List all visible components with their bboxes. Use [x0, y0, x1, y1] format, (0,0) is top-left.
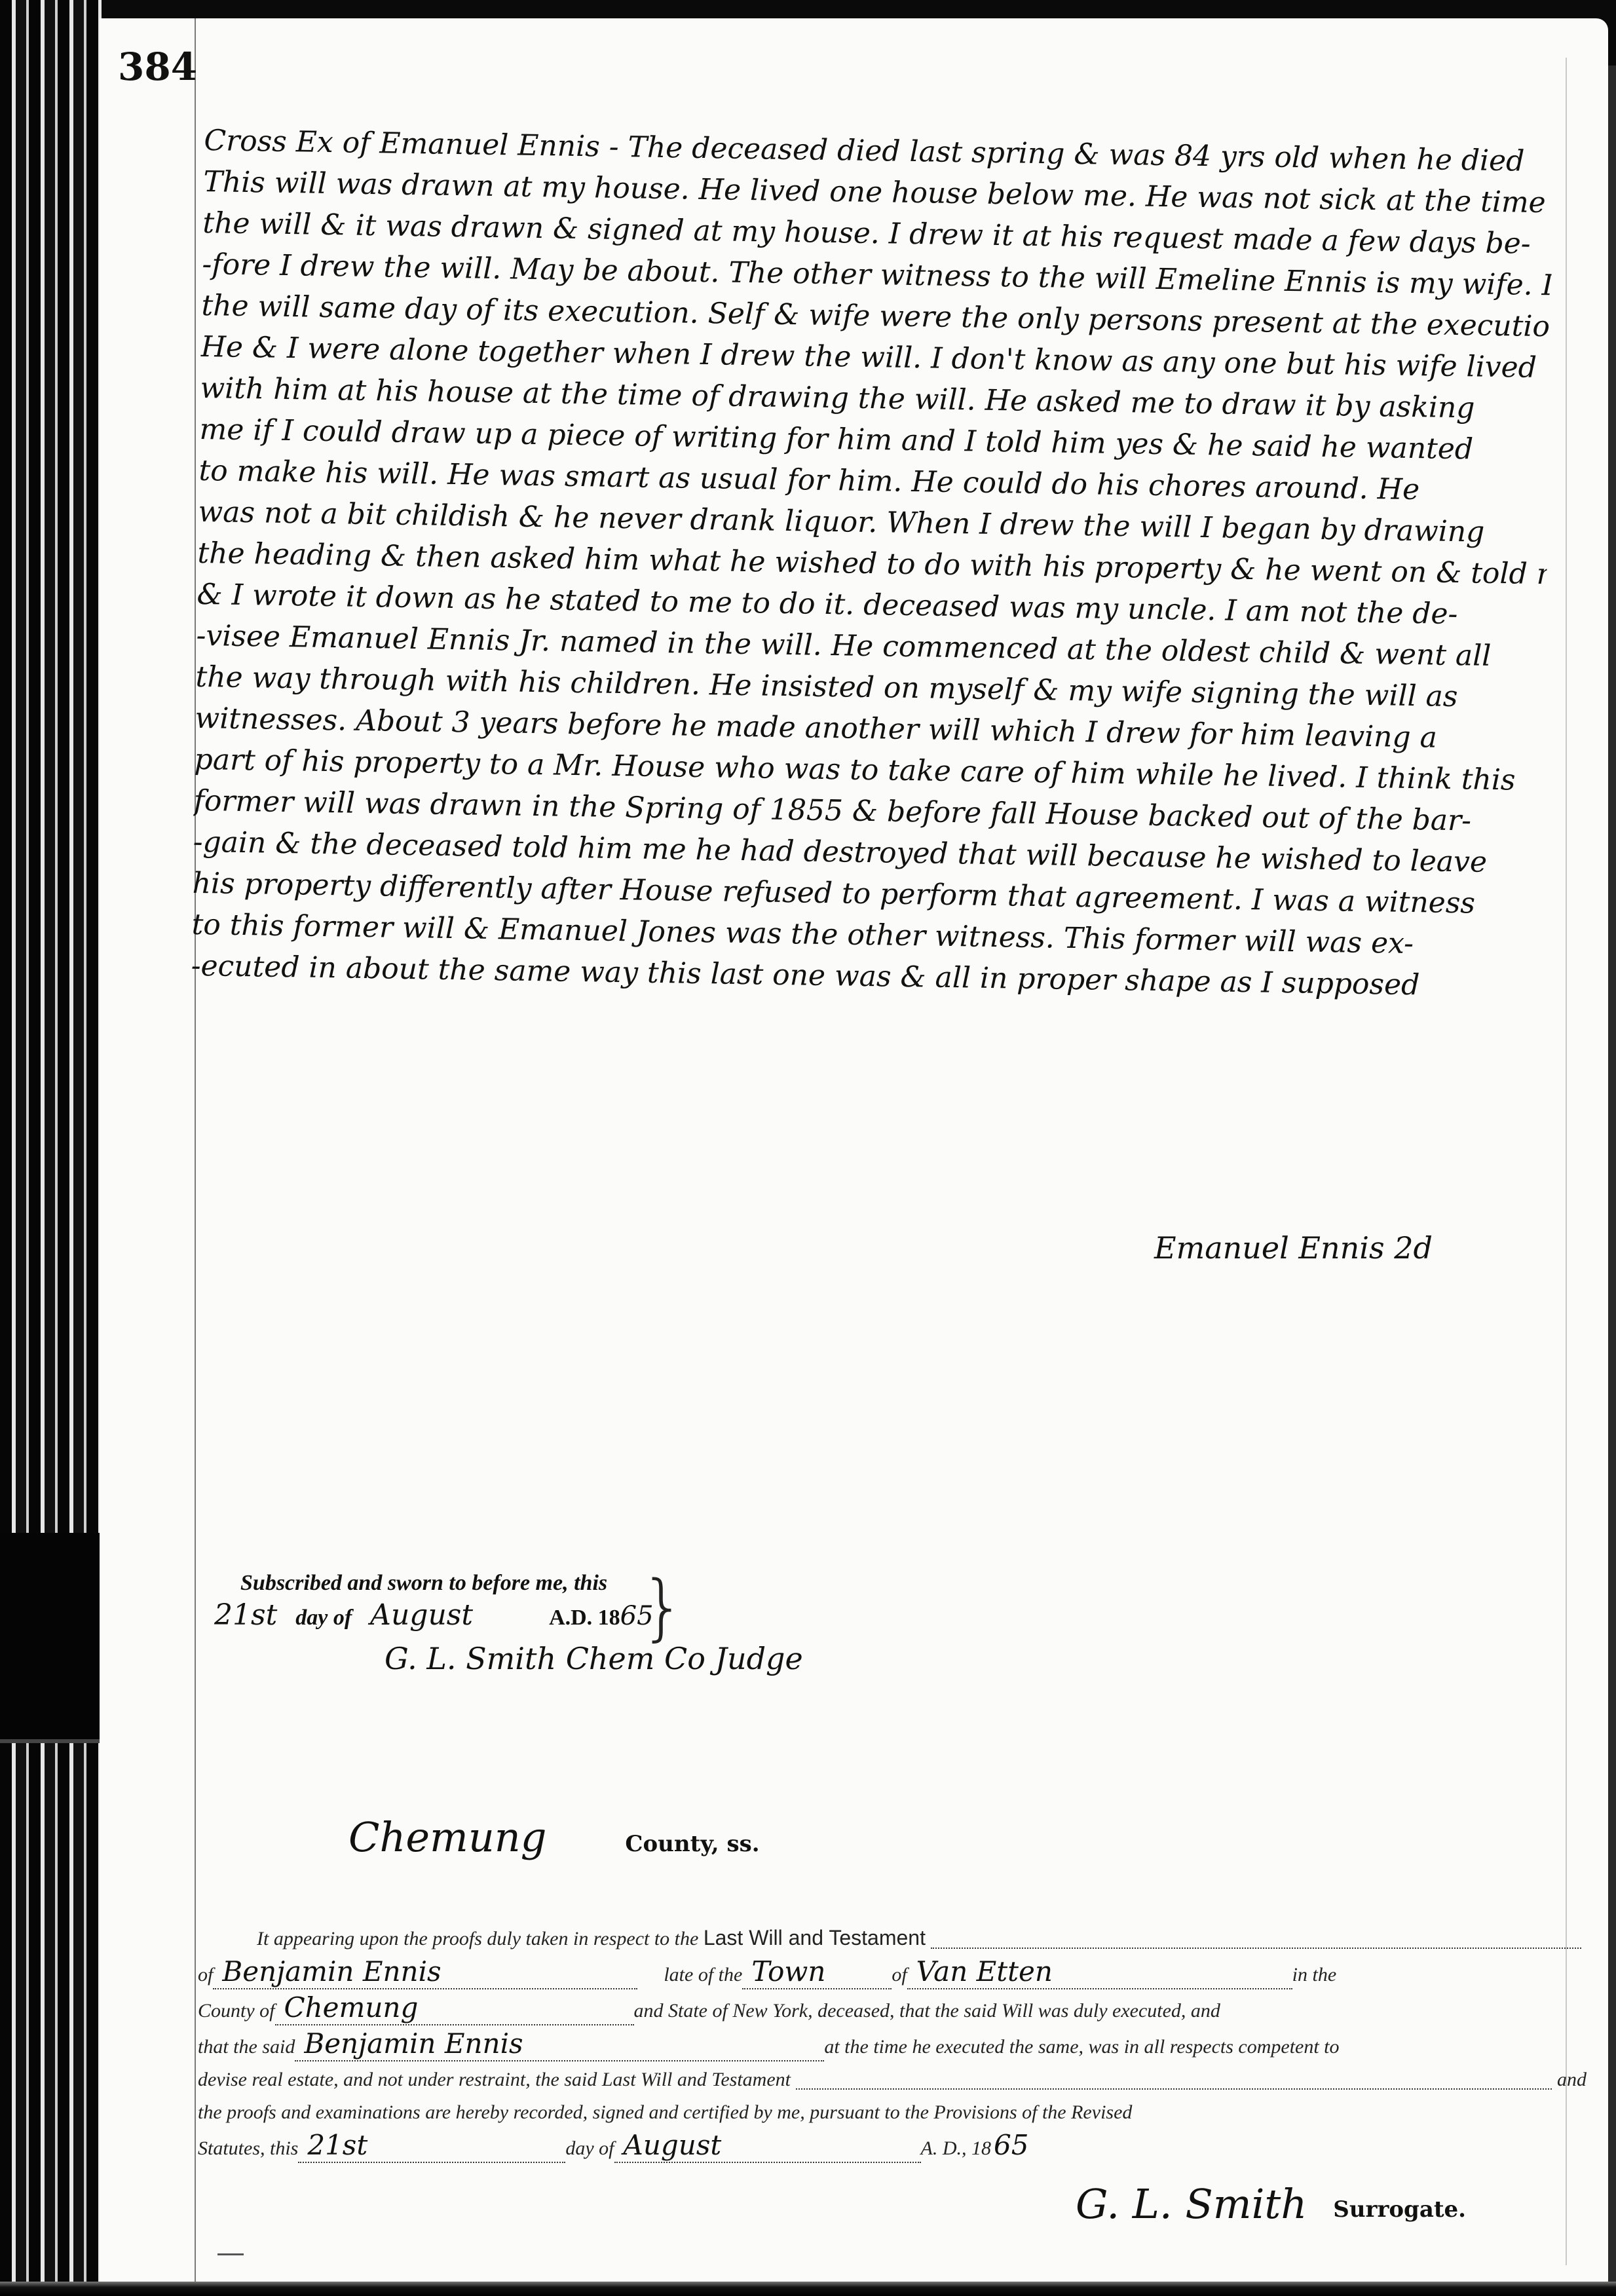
cert-line5-text: devise real estate, and not under restra…	[198, 2063, 791, 2096]
testimony-body: Cross Ex of Emanuel Ennis - The deceased…	[191, 120, 1554, 1007]
certificate-line-7: Statutes, this 21st day of August A. D.,…	[198, 2129, 1587, 2165]
margin-mark	[217, 2253, 244, 2255]
certificate-line-1: It appearing upon the proofs duly taken …	[198, 1921, 1587, 1955]
witness-signature: Emanuel Ennis 2d	[1154, 1230, 1433, 1266]
surrogate-signature: G. L. Smith	[1076, 2180, 1307, 2228]
cert-of-2: of	[892, 1959, 907, 1991]
jurat-month: August	[370, 1598, 473, 1632]
cert-that-the-said: that the said	[198, 2031, 295, 2063]
jurat-block: Subscribed and sworn to before me, this …	[214, 1571, 1000, 1676]
probate-certificate: It appearing upon the proofs duly taken …	[198, 1921, 1587, 2165]
binding-tab	[0, 1533, 111, 1743]
cert-late-of: late of the	[664, 1959, 742, 1991]
ledger-page: 384 Cross Ex of Emanuel Ennis - The dece…	[100, 18, 1608, 2282]
certificate-line-2: of Benjamin Ennis late of the Town of Va…	[198, 1955, 1587, 1991]
cert-year-suffix: 65	[991, 2129, 1031, 2162]
municipality-type: Town	[742, 1955, 892, 1989]
judge-signature: G. L. Smith Chem Co Judge	[385, 1641, 1000, 1676]
jurat-day: 21st	[214, 1598, 277, 1632]
dotted-rule	[931, 1948, 1581, 1949]
cert-county: Chemung	[275, 1991, 634, 2025]
county-name: Chemung	[348, 1813, 546, 1861]
book-bottom-edge	[0, 2282, 1616, 2296]
cert-ad: A. D., 18	[921, 2132, 992, 2165]
jurat-ad-label: A.D. 18	[549, 1606, 620, 1630]
testator-name-2: Benjamin Ennis	[295, 2027, 824, 2061]
testator-name: Benjamin Ennis	[213, 1955, 637, 1989]
county-label: County, ss.	[625, 1831, 759, 1857]
cert-line3-text: and State of New York, deceased, that th…	[634, 1995, 1220, 2027]
book-right-edge	[1608, 66, 1616, 2296]
surrogate-title: Surrogate.	[1333, 2196, 1466, 2223]
jurat-heading: Subscribed and sworn to before me, this	[214, 1571, 1000, 1596]
cert-day-of: day of	[565, 2132, 614, 2165]
page-number: 384	[118, 45, 197, 89]
left-margin-rule	[195, 18, 196, 2282]
dotted-rule	[796, 2088, 1552, 2090]
book-binding	[0, 0, 102, 2296]
cert-in-the: in the	[1292, 1959, 1337, 1991]
cert-line6-text: the proofs and examinations are hereby r…	[198, 2096, 1132, 2129]
jurat-year: A.D. 1865	[549, 1601, 654, 1631]
jurat-brace: }	[640, 1571, 686, 1643]
surrogate-block: G. L. Smith Surrogate.	[1076, 2180, 1466, 2228]
certificate-line-4: that the said Benjamin Ennis at the time…	[198, 2027, 1587, 2063]
cert-county-of: County of	[198, 1995, 275, 2027]
cert-of: of	[198, 1959, 213, 1991]
municipality-name: Van Etten	[907, 1955, 1292, 1989]
cert-day: 21st	[298, 2129, 565, 2163]
cert-line4-text: at the time he executed the same, was in…	[824, 2031, 1339, 2063]
certificate-line-3: County of Chemung and State of New York,…	[198, 1991, 1587, 2027]
cert-statutes-this: Statutes, this	[198, 2132, 298, 2165]
cert-line5-end: and	[1557, 2063, 1587, 2096]
county-heading: Chemung County, ss.	[348, 1813, 760, 1861]
jurat-day-of-label: day of	[295, 1606, 352, 1630]
cert-month: August	[614, 2129, 921, 2163]
cert-intro: It appearing upon the proofs duly taken …	[257, 1923, 698, 1955]
certificate-line-5: devise real estate, and not under restra…	[198, 2063, 1587, 2096]
cert-doc-title: Last Will and Testament	[704, 1921, 926, 1954]
certificate-line-6: the proofs and examinations are hereby r…	[198, 2096, 1587, 2129]
